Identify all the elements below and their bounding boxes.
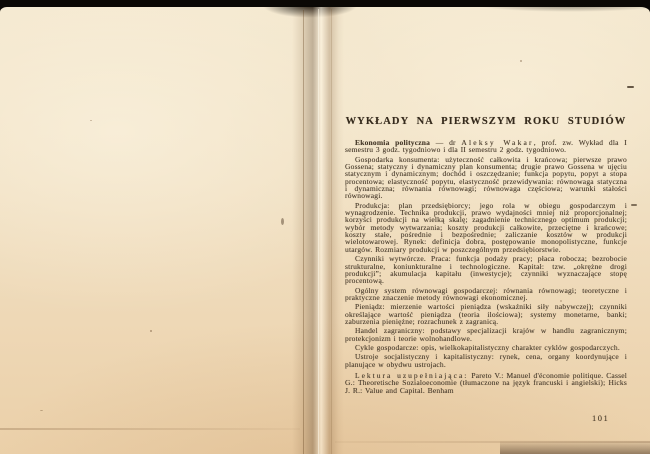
paragraph-ustroje: Ustroje socjalistyczny i kapitalistyczny… (345, 353, 627, 368)
paragraph-ogolny-system: Ogólny system równowagi gospodarczej: ró… (345, 287, 627, 302)
paper-speck (150, 330, 152, 332)
paragraph-handel: Handel zagraniczny: podstawy specjalizac… (345, 327, 627, 342)
paper-speck (90, 120, 92, 121)
gutter-crease (331, 9, 332, 454)
gutter-crease (318, 9, 319, 454)
page-number: 101 (592, 413, 609, 423)
paper-speck (40, 410, 43, 411)
page-corner-shadow (500, 440, 650, 454)
gutter-crease (303, 10, 304, 454)
book-scan: WYKŁADY NA PIERWSZYM ROKU STUDIÓW Ekonom… (0, 0, 650, 454)
top-edge-notch (470, 4, 650, 12)
paragraph-lektura: Lektura uzupełniająca: Pareto V.: Manuel… (345, 372, 627, 394)
ink-speck (281, 218, 284, 225)
paragraph-czynniki: Czynniki wytwórcze. Praca: funkcja podaż… (345, 255, 627, 284)
page-title: WYKŁADY NA PIERWSZYM ROKU STUDIÓW (345, 116, 627, 128)
paragraph-pieniadz: Pieniądz: mierzenie wartości pieniądza (… (345, 303, 627, 325)
right-page-content: WYKŁADY NA PIERWSZYM ROKU STUDIÓW Ekonom… (345, 116, 627, 396)
ink-speck (631, 204, 637, 206)
paragraph-course-header: Ekonomia polityczna — dr Aleksy Wakar, p… (345, 139, 627, 154)
paragraph-cykle: Cykle gospodarcze: opis, wielkokapitalis… (345, 344, 627, 351)
ink-speck (627, 86, 634, 88)
paper-speck (520, 60, 522, 62)
paragraph-gospodarka: Gospodarka konsumenta: użyteczność całko… (345, 156, 627, 200)
lecture-description: Ekonomia polityczna — dr Aleksy Wakar, p… (345, 139, 627, 394)
paper-fold-crease (0, 428, 300, 430)
paragraph-produkcja: Produkcja: plan przedsiębiorcy; jego rol… (345, 202, 627, 253)
